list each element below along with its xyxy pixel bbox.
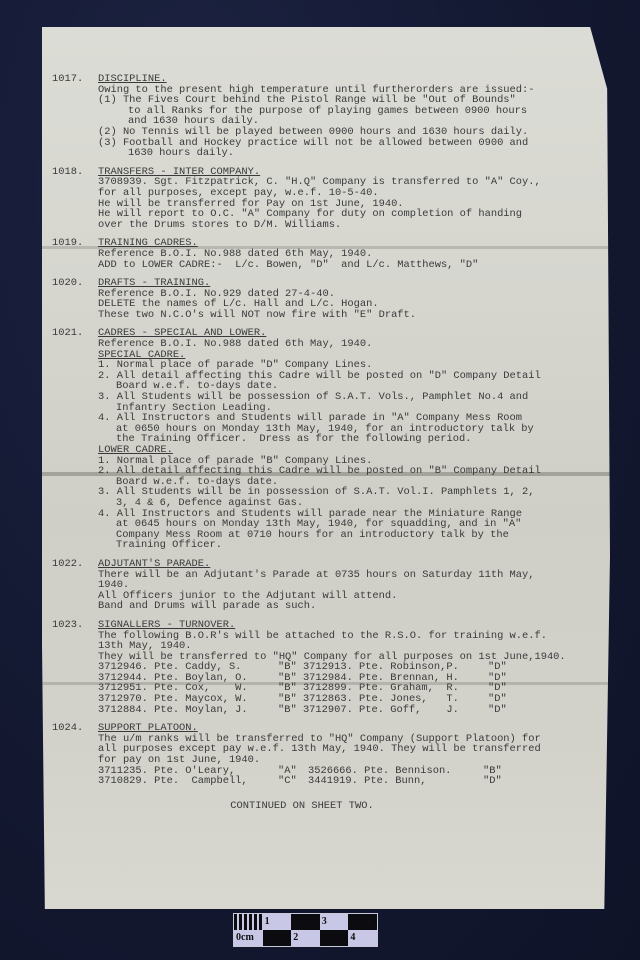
document-content: 1017.DISCIPLINE.Owing to the present hig… [52, 74, 602, 811]
order-number: 1023. [52, 620, 98, 715]
scale-segment [320, 930, 349, 946]
order-section: 1019.TRAINING CADRES.Reference B.O.I. No… [52, 238, 602, 270]
order-line: (2) No Tennis will be played between 090… [98, 127, 602, 138]
subsection-heading: LOWER CADRE. [98, 445, 602, 456]
order-number: 1021. [52, 328, 98, 550]
order-section: 1018.TRANSFERS - INTER COMPANY.3708939. … [52, 167, 602, 231]
roster-cell: "D" [483, 776, 543, 787]
order-section: 1017.DISCIPLINE.Owing to the present hig… [52, 74, 602, 159]
scale-segment [263, 930, 292, 946]
order-line: the Training Officer. Dress as for the f… [98, 434, 602, 445]
order-heading: DISCIPLINE. [98, 74, 602, 85]
order-body: TRANSFERS - INTER COMPANY.3708939. Sgt. … [98, 167, 602, 231]
scale-label: 5 [366, 916, 371, 927]
order-line: 1630 hours daily. [98, 148, 602, 159]
scale-ticks [234, 914, 263, 930]
roster-cell: "D" [488, 705, 598, 716]
roster-cell: "B" 3712907. Pte. Goff, J. [278, 705, 488, 716]
order-section: 1023.SIGNALLERS - TURNOVER.The following… [52, 620, 602, 715]
order-section: 1024.SUPPORT PLATOON.The u/m ranks will … [52, 723, 602, 787]
roster-cell: 3441919. Pte. Bunn, [308, 776, 483, 787]
order-line: These two N.C.O's will NOT now fire with… [98, 310, 602, 321]
order-section: 1020.DRAFTS - TRAINING.Reference B.O.I. … [52, 278, 602, 320]
scale-segment [348, 914, 377, 930]
order-body: SUPPORT PLATOON.The u/m ranks will be tr… [98, 723, 602, 787]
continued-footer: CONTINUED ON SHEET TWO. [52, 801, 602, 812]
scale-label: 0cm [236, 932, 254, 943]
roster-row: 3712884. Pte. Moylan, J."B" 3712907. Pte… [98, 705, 640, 716]
order-body: SIGNALLERS - TURNOVER.The following B.O.… [98, 620, 640, 715]
order-line: 3, 4 & 6, Defence against Gas. [98, 498, 602, 509]
roster-cell: 3712884. Pte. Moylan, J. [98, 705, 278, 716]
order-heading: ADJUTANT'S PARADE. [98, 559, 602, 570]
order-section: 1022.ADJUTANT'S PARADE.There will be an … [52, 559, 602, 612]
order-body: CADRES - SPECIAL AND LOWER.Reference B.O… [98, 328, 602, 550]
order-number: 1024. [52, 723, 98, 787]
order-section: 1021.CADRES - SPECIAL AND LOWER.Referenc… [52, 328, 602, 550]
scale-label: 2 [293, 932, 298, 943]
roster-cell: 3710829. Pte. Campbell, [98, 776, 278, 787]
order-number: 1017. [52, 74, 98, 159]
roster-row: 3710829. Pte. Campbell,"C"3441919. Pte. … [98, 776, 602, 787]
order-line: ADD to LOWER CADRE:- L/c. Bowen, "D" and… [98, 260, 602, 271]
order-line: over the Drums stores to D/M. Williams. [98, 220, 602, 231]
order-number: 1020. [52, 278, 98, 320]
order-line: for all purposes, except pay, w.e.f. 10-… [98, 188, 602, 199]
order-line: Reference B.O.I. No.988 dated 6th May, 1… [98, 249, 602, 260]
order-number: 1019. [52, 238, 98, 270]
order-body: DISCIPLINE.Owing to the present high tem… [98, 74, 602, 159]
order-number: 1018. [52, 167, 98, 231]
scale-label: 4 [350, 932, 355, 943]
order-line: There will be an Adjutant's Parade at 07… [98, 570, 602, 581]
scale-label: 1 [265, 916, 270, 927]
order-number: 1022. [52, 559, 98, 612]
scale-segment [291, 914, 320, 930]
order-body: ADJUTANT'S PARADE.There will be an Adjut… [98, 559, 602, 612]
order-line: Training Officer. [98, 540, 602, 551]
roster-cell: "C" [278, 776, 308, 787]
order-heading: SIGNALLERS - TURNOVER. [98, 620, 640, 631]
centimetre-scale-bar: 1350cm24 [233, 913, 378, 947]
order-body: DRAFTS - TRAINING.Reference B.O.I. No.92… [98, 278, 602, 320]
order-line: Band and Drums will parade as such. [98, 601, 602, 612]
order-body: TRAINING CADRES.Reference B.O.I. No.988 … [98, 238, 602, 270]
scale-label: 3 [322, 916, 327, 927]
